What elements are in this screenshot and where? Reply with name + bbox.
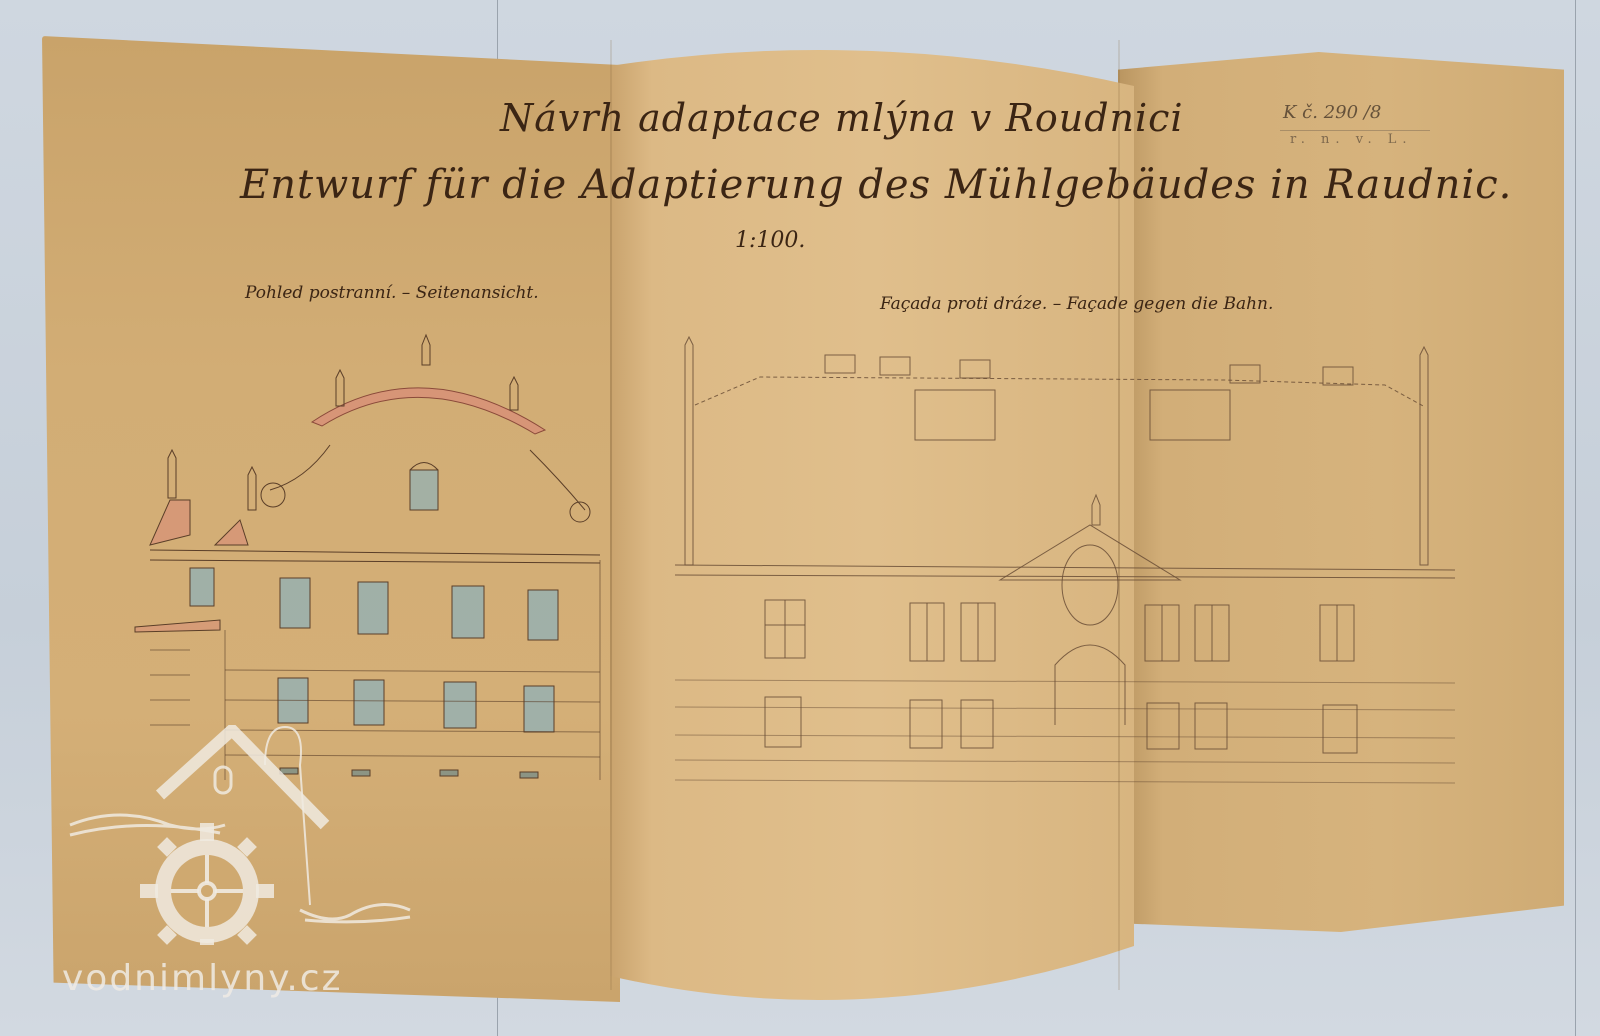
side-view-label: Pohled postranní. – Seitenansicht. <box>245 283 539 303</box>
watermark-text: vodnimlyny.cz <box>62 958 343 999</box>
scale-label: 1:100. <box>735 228 805 253</box>
title-german: Entwurf für die Adaptierung des Mühlgebä… <box>240 162 1512 208</box>
archive-mark-sub: r. n. v. L. <box>1290 132 1413 147</box>
front-elevation-drawing <box>665 335 1465 805</box>
side-elevation-drawing <box>130 330 610 790</box>
front-view-label: Façada proti dráze. – Façade gegen die B… <box>880 294 1273 314</box>
archive-mark: K č. 290 /8 <box>1283 102 1381 123</box>
title-czech: Návrh adaptace mlýna v Roudnici <box>500 96 1184 140</box>
watermill-logo-icon <box>60 725 420 945</box>
background-seam <box>1575 0 1576 1036</box>
archive-rule <box>1280 130 1430 131</box>
